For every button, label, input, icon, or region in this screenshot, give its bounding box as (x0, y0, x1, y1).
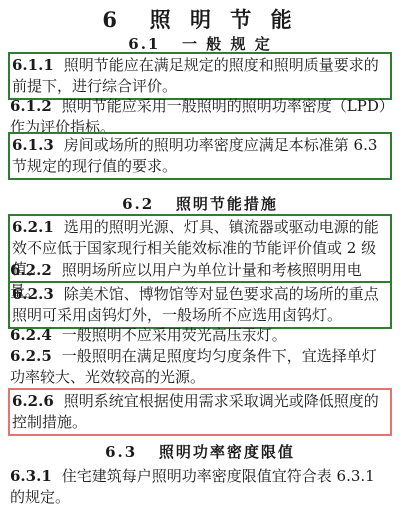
clause-text: 照明节能应在满足规定的照度和照明质量要求的前提下，进行综合评价。 (12, 56, 379, 95)
clause-6-2-4: 6.2.4一般照明不应采用荧光高压汞灯。 (8, 324, 392, 347)
clause-text: 一般照明在满足照度均匀度条件下，宜选择单灯功率较大、光效较高的光源。 (10, 347, 377, 386)
clause-6-3-1: 6.3.1住宅建筑每户照明功率密度限值宜符合表 6.3.1 的规定。 (8, 465, 392, 507)
clause-number: 6.2.5 (10, 347, 52, 365)
section-title-6-2: 6.2 照明节能措施 (0, 193, 400, 214)
section-name: 一 般 规 定 (182, 35, 272, 53)
section-name: 照明功率密度限值 (159, 443, 295, 461)
clause-text: 房间或场所的照明功率密度应满足本标准第 6.3 节规定的现行值的要求。 (12, 136, 377, 175)
clause-number: 6.1.3 (12, 136, 54, 154)
clause-6-2-3: 6.2.3除美术馆、博物馆等对显色要求高的场所的重点照明可采用卤钨灯外，一般场所… (8, 281, 392, 329)
chapter-title: 6 照 明 节 能 (0, 4, 400, 34)
clause-number: 6.1.2 (10, 97, 52, 115)
clause-6-2-6: 6.2.6照明系统宜根据使用需求采取调光或降低照度的控制措施。 (8, 388, 392, 436)
chapter-number: 6 (102, 7, 123, 32)
clause-text: 照明节能应采用一般照明的照明功率密度（LPD）作为评价指标。 (10, 97, 386, 136)
section-title-6-3: 6.3 照明功率密度限值 (0, 441, 400, 462)
clause-number: 6.2.2 (10, 261, 52, 279)
clause-number: 6.2.1 (12, 218, 54, 236)
chapter-name: 照 明 节 能 (150, 7, 298, 32)
section-title-6-1: 6.1 一 般 规 定 (0, 33, 400, 54)
clause-6-1-3: 6.1.3房间或场所的照明功率密度应满足本标准第 6.3 节规定的现行值的要求。 (8, 132, 392, 180)
clause-text: 除美术馆、博物馆等对显色要求高的场所的重点照明可采用卤钨灯外，一般场所不应选用卤… (12, 285, 379, 324)
section-number: 6.2 (122, 195, 154, 213)
clause-text: 照明系统宜根据使用需求采取调光或降低照度的控制措施。 (12, 392, 379, 431)
clause-text: 一般照明不应采用荧光高压汞灯。 (62, 326, 287, 344)
section-number: 6.1 (128, 35, 160, 53)
clause-6-2-5: 6.2.5一般照明在满足照度均匀度条件下，宜选择单灯功率较大、光效较高的光源。 (8, 345, 392, 389)
clause-number: 6.2.4 (10, 326, 52, 344)
clause-number: 6.3.1 (10, 467, 52, 485)
clause-text: 住宅建筑每户照明功率密度限值宜符合表 6.3.1 的规定。 (10, 467, 375, 506)
clause-6-1-1: 6.1.1照明节能应在满足规定的照度和照明质量要求的前提下，进行综合评价。 (8, 52, 392, 100)
section-number: 6.3 (105, 443, 137, 461)
clause-number: 6.2.3 (12, 285, 54, 303)
section-name: 照明节能措施 (176, 195, 278, 213)
clause-number: 6.2.6 (12, 392, 54, 410)
clause-number: 6.1.1 (12, 56, 54, 74)
